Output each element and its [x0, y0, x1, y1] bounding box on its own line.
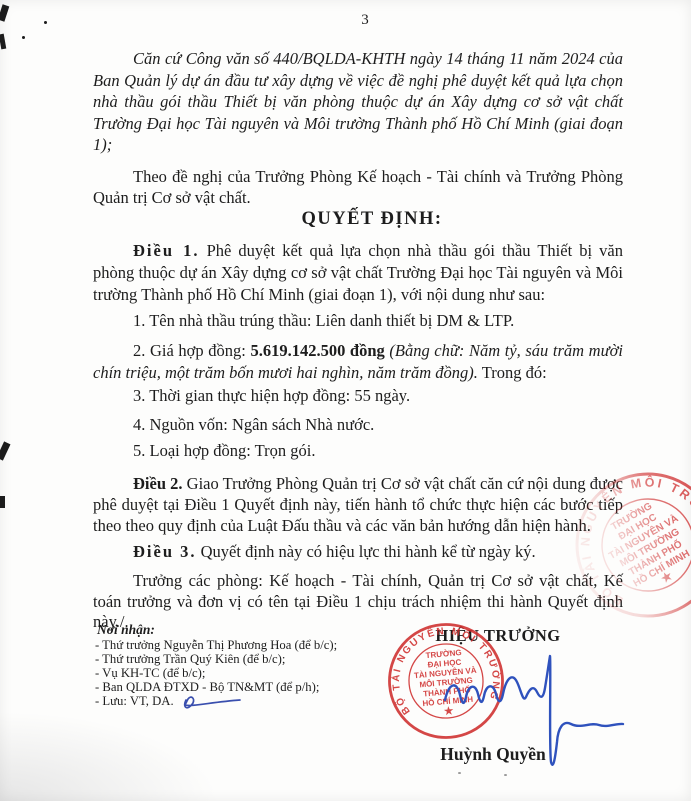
recipient-line: - Lưu: VT, DA.: [95, 695, 174, 709]
paragraph-truong-cac-phong: Trưởng các phòng: Kế hoạch - Tài chính, …: [93, 571, 623, 633]
seal-line: MÔI TRƯỜNG: [617, 525, 682, 570]
seal-line: HỒ CHÍ MINH: [631, 546, 691, 589]
recipient-line: - Thứ trưởng Nguyễn Thị Phương Hoa (để b…: [95, 639, 337, 653]
paragraph-dieu-2: Điều 2. Giao Trưởng Phòng Quản trị Cơ sở…: [93, 473, 623, 536]
recipient-line: - Thứ trưởng Trần Quý Kiên (để b/c);: [95, 653, 285, 667]
item-3-duration: 3. Thời gian thực hiện hợp đồng: 55 ngày…: [93, 385, 623, 407]
item-1-contractor: 1. Tên nhà thầu trúng thầu: Liên danh th…: [93, 310, 623, 332]
contract-amount: 5.619.142.500 đồng: [250, 341, 389, 360]
seal-line: ĐẠI HỌC: [617, 512, 659, 543]
signer-name: Huỳnh Quyền: [413, 744, 573, 765]
signer-title: HIỆU TRƯỞNG: [418, 626, 578, 646]
dieu-3-label: Điều 3.: [133, 542, 197, 561]
item-2-suffix: Trong đó:: [478, 363, 547, 382]
item-4-funding: 4. Nguồn vốn: Ngân sách Nhà nước.: [93, 414, 623, 436]
decision-heading: QUYẾT ĐỊNH:: [93, 209, 623, 230]
seal-line: THÀNH PHỐ: [626, 536, 685, 578]
scan-artifact: [0, 441, 10, 460]
item-2-price: 2. Giá hợp đồng: 5.619.142.500 đồng (Bằn…: [93, 340, 623, 384]
paragraph-dieu-1: Điều 1. Phê duyệt kết quả lựa chọn nhà t…: [93, 240, 623, 305]
page-number: 3: [0, 12, 691, 29]
scan-artifact: [0, 496, 5, 508]
scan-artifact: [0, 34, 6, 50]
dieu-1-label: Điều 1.: [133, 241, 199, 260]
item-5-contract-type: 5. Loại hợp đồng: Trọn gói.: [93, 440, 623, 462]
scan-artifact: [22, 36, 25, 39]
recipient-line: - Vụ KH-TC (để b/c);: [95, 667, 205, 681]
scan-shading: [0, 711, 220, 801]
scanned-decision-page: 3 Căn cứ Công văn số 440/BQLDA-KHTH ngày…: [0, 0, 691, 801]
item-2-prefix: 2. Giá hợp đồng:: [133, 341, 250, 360]
seal-star-icon: ★: [658, 568, 675, 586]
dieu-2-label: Điều 2.: [133, 474, 183, 493]
dieu-3-body: Quyết định này có hiệu lực thi hành kể t…: [197, 542, 536, 561]
paragraph-theo-de-nghi: Theo đề nghị của Trưởng Phòng Kế hoạch -…: [93, 166, 623, 208]
handwritten-initial-mark: [178, 692, 250, 714]
noi-nhan-label: Nơi nhận:: [97, 622, 155, 638]
paragraph-can-cu: Căn cứ Công văn số 440/BQLDA-KHTH ngày 1…: [93, 48, 623, 156]
paragraph-dieu-3: Điều 3. Quyết định này có hiệu lực thi h…: [93, 541, 623, 563]
